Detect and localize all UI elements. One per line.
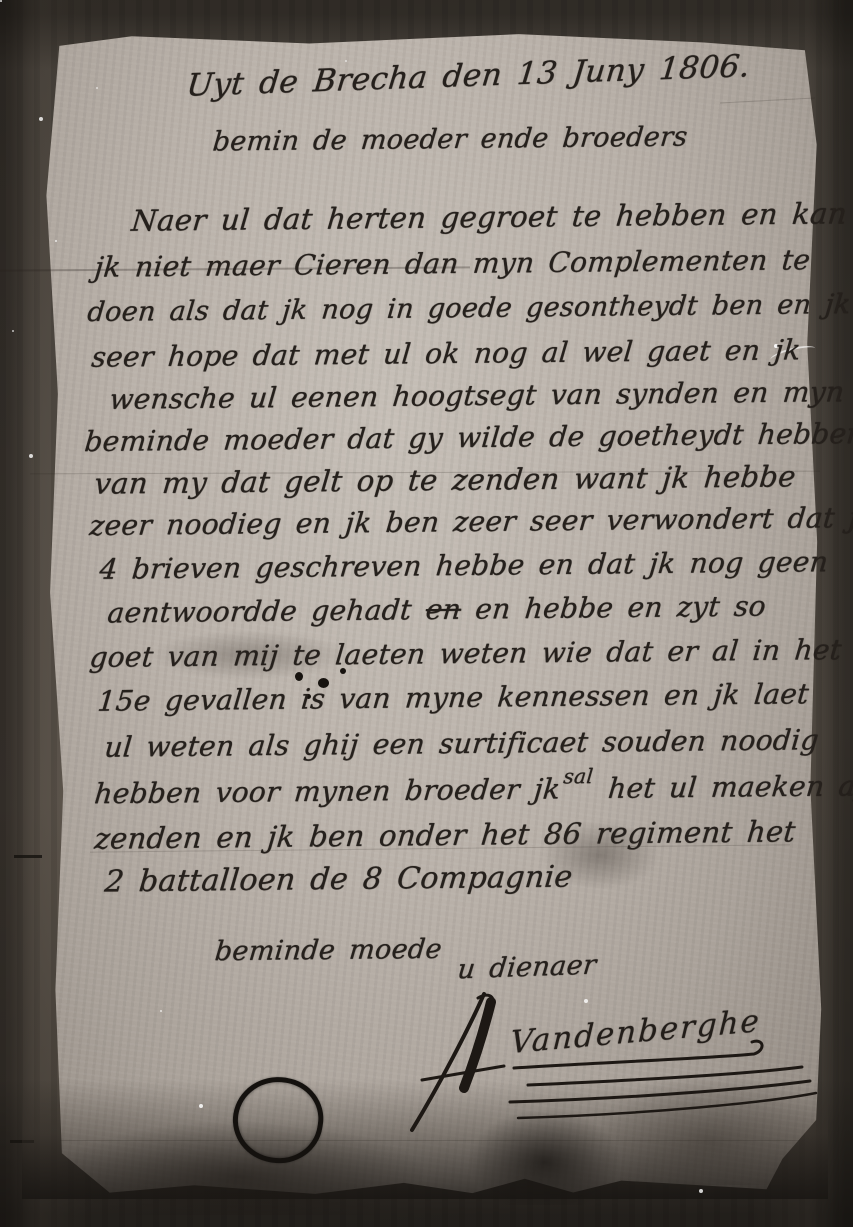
inserted-word: sal	[562, 764, 594, 788]
dust-specks	[0, 0, 2, 2]
letter-line-text: aentwoordde gehadt	[106, 593, 413, 629]
margin-dash-mark	[10, 1140, 34, 1143]
photograph-background: Uyt de Brecha den 13 Juny 1806. bemin de…	[0, 0, 853, 1227]
salutation: bemin de moeder ende broeders	[211, 122, 689, 158]
letter-line-text: hebben voor mynen broeder jk	[93, 772, 562, 810]
letter-line-text: het ul maeken af te	[607, 769, 853, 805]
signature-flourish	[392, 988, 832, 1148]
margin-dash-mark	[14, 855, 42, 858]
signature-block: Vandenberghe	[392, 988, 832, 1148]
letter-line: aentwoordde gehadt en en hebbe en zyt so	[106, 590, 767, 630]
letter-line-text: en hebbe en zyt so	[474, 590, 768, 626]
closing-right: u dienaer	[456, 950, 598, 986]
letter-line: 2 battalloen de 8 Compagnie	[103, 860, 574, 900]
strikethrough-word: en	[424, 593, 462, 626]
closing-left: beminde moede	[213, 934, 443, 967]
